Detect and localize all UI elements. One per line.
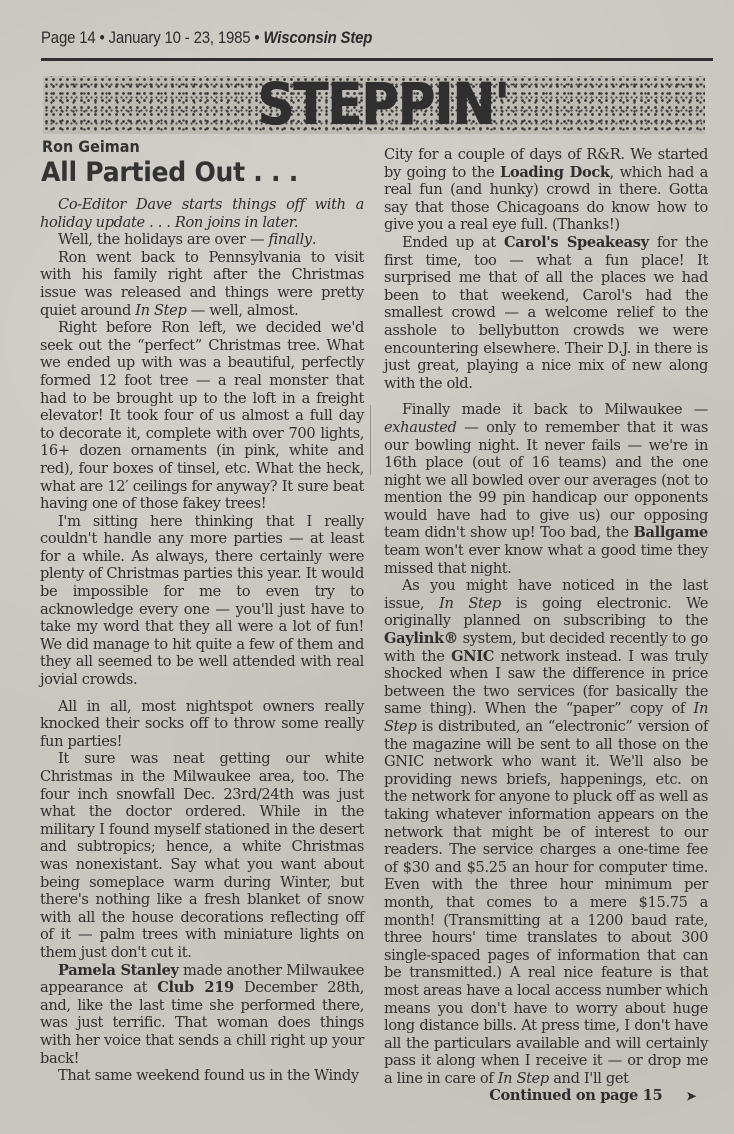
header-rule xyxy=(41,58,713,61)
paragraph: All in all, most nightspot owners really… xyxy=(40,698,364,751)
paragraph: Ended up at Carol's Speakeasy for the fi… xyxy=(384,234,708,392)
byline: Ron Geiman xyxy=(42,137,140,156)
banner-title: STEPPIN' OUT xyxy=(198,76,568,134)
performer-name: Pamela Stanley xyxy=(58,962,179,979)
paragraph: Pamela Stanley made another Milwaukee ap… xyxy=(40,962,364,1068)
team-name: Ballgame xyxy=(634,524,708,541)
paragraph: That same weekend found us in the Windy xyxy=(40,1067,364,1085)
paragraph: Well, the holidays are over — finally. xyxy=(40,231,364,249)
continued-link[interactable]: Continued on page 15➤ xyxy=(384,1087,708,1106)
venue-name: Club 219 xyxy=(157,979,234,996)
venue-name: Carol's Speakeasy xyxy=(504,234,649,251)
column-banner: STEPPIN' OUT xyxy=(43,76,705,134)
paragraph: Right before Ron left, we decided we'd s… xyxy=(40,319,364,513)
paragraph: Finally made it back to Milwaukee — exha… xyxy=(384,401,708,577)
paragraph: Ron went back to Pennsylvania to visit w… xyxy=(40,249,364,319)
column-divider xyxy=(370,405,371,475)
right-arrow-icon: ➤ xyxy=(668,1088,696,1106)
paragraph: As you might have noticed in the last is… xyxy=(384,577,708,1087)
paragraph: City for a couple of days of R&R. We sta… xyxy=(384,146,708,234)
publication-reference: In Step xyxy=(135,302,186,319)
venue-name: Loading Dock xyxy=(500,164,610,181)
page-folio: Page 14 • January 10 - 23, 1985 • Wiscon… xyxy=(41,28,372,48)
folio-separator: • xyxy=(254,28,259,47)
page-number: Page 14 xyxy=(41,28,96,47)
publication-name: Wisconsin Step xyxy=(263,28,372,47)
article-headline: All Partied Out . . . xyxy=(41,157,298,188)
service-name: GNIC xyxy=(451,648,494,665)
issue-date: January 10 - 23, 1985 xyxy=(109,28,251,47)
article-right-column: City for a couple of days of R&R. We sta… xyxy=(384,146,708,1106)
article-left-column: Co-Editor Dave starts things off with a … xyxy=(40,196,364,1085)
service-name: Gaylink® xyxy=(384,630,458,647)
article-lead: Co-Editor Dave starts things off with a … xyxy=(40,196,364,231)
folio-separator: • xyxy=(99,28,104,47)
paragraph: I'm sitting here thinking that I really … xyxy=(40,513,364,689)
paragraph: It sure was neat getting our white Chris… xyxy=(40,750,364,961)
